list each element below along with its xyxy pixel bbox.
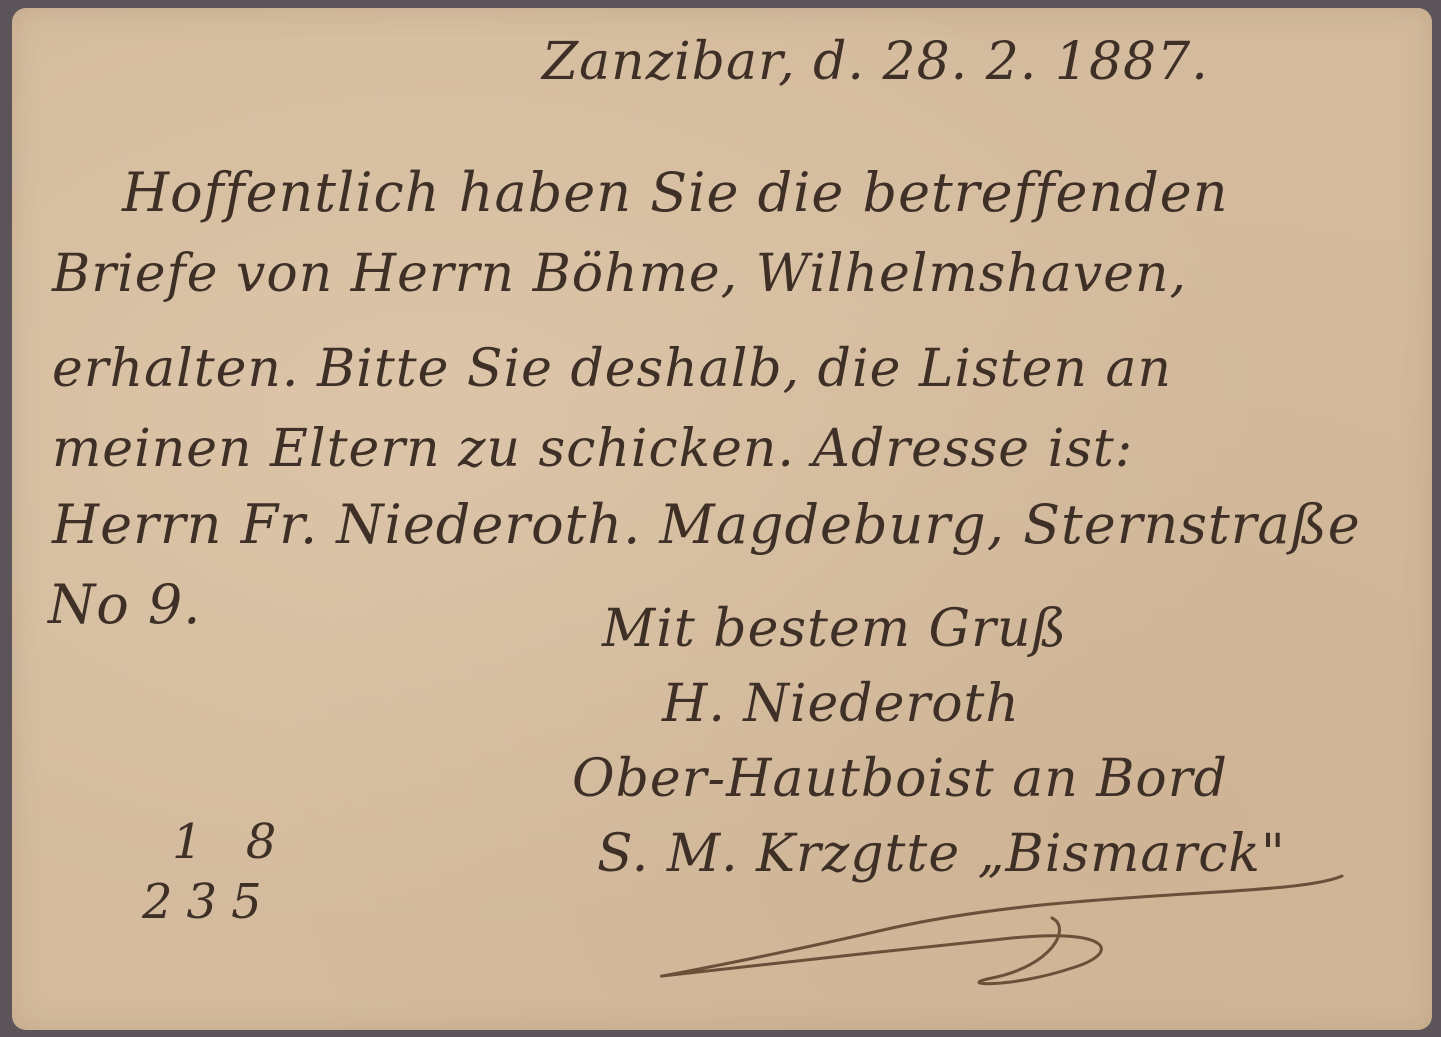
signature-name: H. Niederoth bbox=[662, 678, 1020, 730]
body-line-2: Briefe von Herrn Böhme, Wilhelmshaven, bbox=[52, 248, 1187, 300]
closing-greeting: Mit bestem Gruß bbox=[602, 603, 1067, 655]
margin-note-top: 1 8 bbox=[172, 818, 290, 866]
body-line-4: meinen Eltern zu schicken. Adresse ist: bbox=[52, 423, 1133, 475]
postcard: Zanzibar, d. 28. 2. 1887. Hoffentlich ha… bbox=[12, 8, 1432, 1030]
house-number-line: No 9. bbox=[48, 578, 201, 632]
body-line-3: erhalten. Bitte Sie deshalb, die Listen … bbox=[52, 343, 1172, 395]
margin-note-bottom: 235 bbox=[142, 878, 276, 926]
signature-flourish-icon bbox=[652, 858, 1372, 998]
address-line: Herrn Fr. Niederoth. Magdeburg, Sternstr… bbox=[52, 498, 1361, 552]
signature-rank: Ober-Hautboist an Bord bbox=[572, 753, 1228, 805]
place-date-line: Zanzibar, d. 28. 2. 1887. bbox=[542, 36, 1209, 88]
body-line-1: Hoffentlich haben Sie die betreffenden bbox=[122, 166, 1229, 220]
